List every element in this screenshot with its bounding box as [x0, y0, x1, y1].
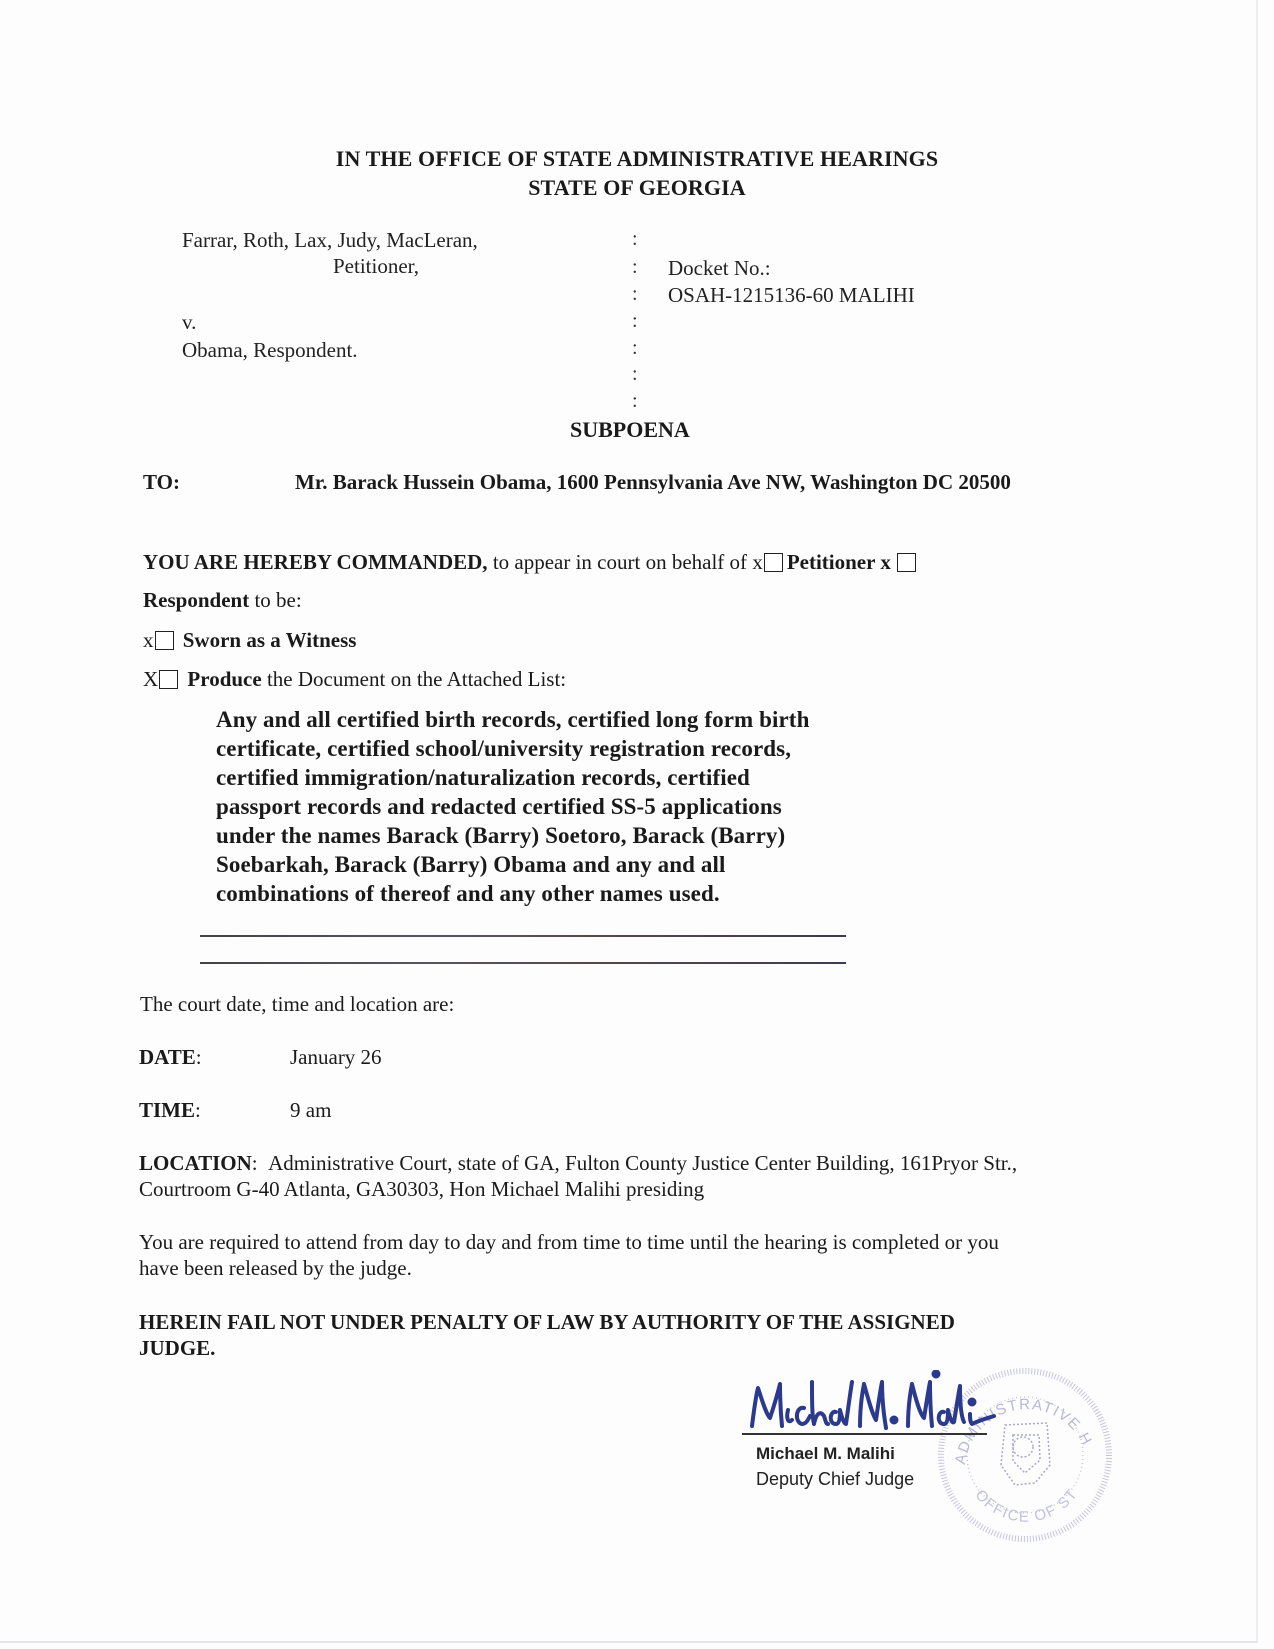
to-label: TO: [143, 470, 180, 495]
respondent-name: Obama, Respondent. [182, 338, 358, 363]
caption-colon: : [632, 363, 638, 386]
option-witness: x Sworn as a Witness [143, 628, 356, 653]
signature-line [742, 1433, 987, 1435]
caption-colon: : [632, 283, 638, 306]
warning-line1: HEREIN FAIL NOT UNDER PENALTY OF LAW BY … [139, 1310, 955, 1335]
respondent-option: Respondent [143, 588, 249, 612]
document-title: SUBPOENA [570, 417, 690, 443]
fill-in-line [200, 935, 846, 937]
page-edge [1256, 0, 1258, 1642]
attendance-line2: have been released by the judge. [139, 1256, 412, 1281]
witness-mark: x [143, 628, 154, 652]
docket-number: OSAH-1215136-60 MALIHI [668, 283, 915, 308]
date-label: DATE [139, 1045, 196, 1069]
document-list: Any and all certified birth records, cer… [216, 705, 836, 908]
produce-checkbox[interactable] [159, 670, 178, 689]
versus: v. [182, 310, 196, 335]
command-line: YOU ARE HEREBY COMMANDED, to appear in c… [143, 550, 920, 575]
court-state: STATE OF GEORGIA [0, 175, 1274, 201]
date-row: DATE: [139, 1045, 202, 1070]
docket-label: Docket No.: [668, 256, 771, 281]
judge-title: Deputy Chief Judge [756, 1469, 914, 1490]
caption-colon: : [632, 390, 638, 413]
petitioner-label: Petitioner, [333, 254, 419, 279]
attendance-line1: You are required to attend from day to d… [139, 1230, 999, 1255]
warning-line2: JUDGE. [139, 1336, 215, 1361]
petitioner-names: Farrar, Roth, Lax, Judy, MacLeran, [182, 228, 478, 253]
caption-colon: : [632, 337, 638, 360]
fill-in-line [200, 962, 846, 964]
location-line2: Courtroom G-40 Atlanta, GA30303, Hon Mic… [139, 1177, 704, 1202]
location-line1: Administrative Court, state of GA, Fulto… [268, 1151, 1017, 1175]
judge-name: Michael M. Malihi [756, 1444, 895, 1464]
produce-label-rest: the Document on the Attached List: [262, 667, 566, 691]
caption-colon: : [632, 228, 638, 251]
date-value: January 26 [290, 1045, 382, 1070]
location-row: LOCATION: Administrative Court, state of… [139, 1151, 1017, 1176]
option-produce: X Produce the Document on the Attached L… [143, 667, 566, 692]
time-label: TIME [139, 1098, 195, 1122]
produce-label: Produce [187, 667, 261, 691]
command-line-2: Respondent to be: [143, 588, 302, 613]
page-edge [0, 1641, 1258, 1643]
location-label: LOCATION [139, 1151, 252, 1175]
command-text: to appear in court on behalf of [488, 550, 753, 574]
court-intro: The court date, time and location are: [140, 992, 454, 1017]
caption-colon: : [632, 310, 638, 333]
respondent-checkbox[interactable] [897, 553, 916, 572]
witness-label: Sworn as a Witness [183, 628, 357, 652]
time-row: TIME: [139, 1098, 201, 1123]
time-value: 9 am [290, 1098, 331, 1123]
caption-colon: : [632, 256, 638, 279]
respondent-mark: x [875, 550, 896, 574]
signature-icon [748, 1370, 998, 1440]
recipient: Mr. Barack Hussein Obama, 1600 Pennsylva… [295, 470, 1011, 495]
court-name: IN THE OFFICE OF STATE ADMINISTRATIVE HE… [0, 146, 1274, 172]
witness-checkbox[interactable] [155, 631, 174, 650]
petitioner-checkbox[interactable] [764, 553, 783, 572]
command-tail: to be: [249, 588, 302, 612]
petitioner-mark: x [752, 550, 763, 574]
produce-mark: X [143, 667, 158, 691]
petitioner-option: Petitioner [787, 550, 875, 574]
command-lead: YOU ARE HEREBY COMMANDED, [143, 550, 488, 574]
